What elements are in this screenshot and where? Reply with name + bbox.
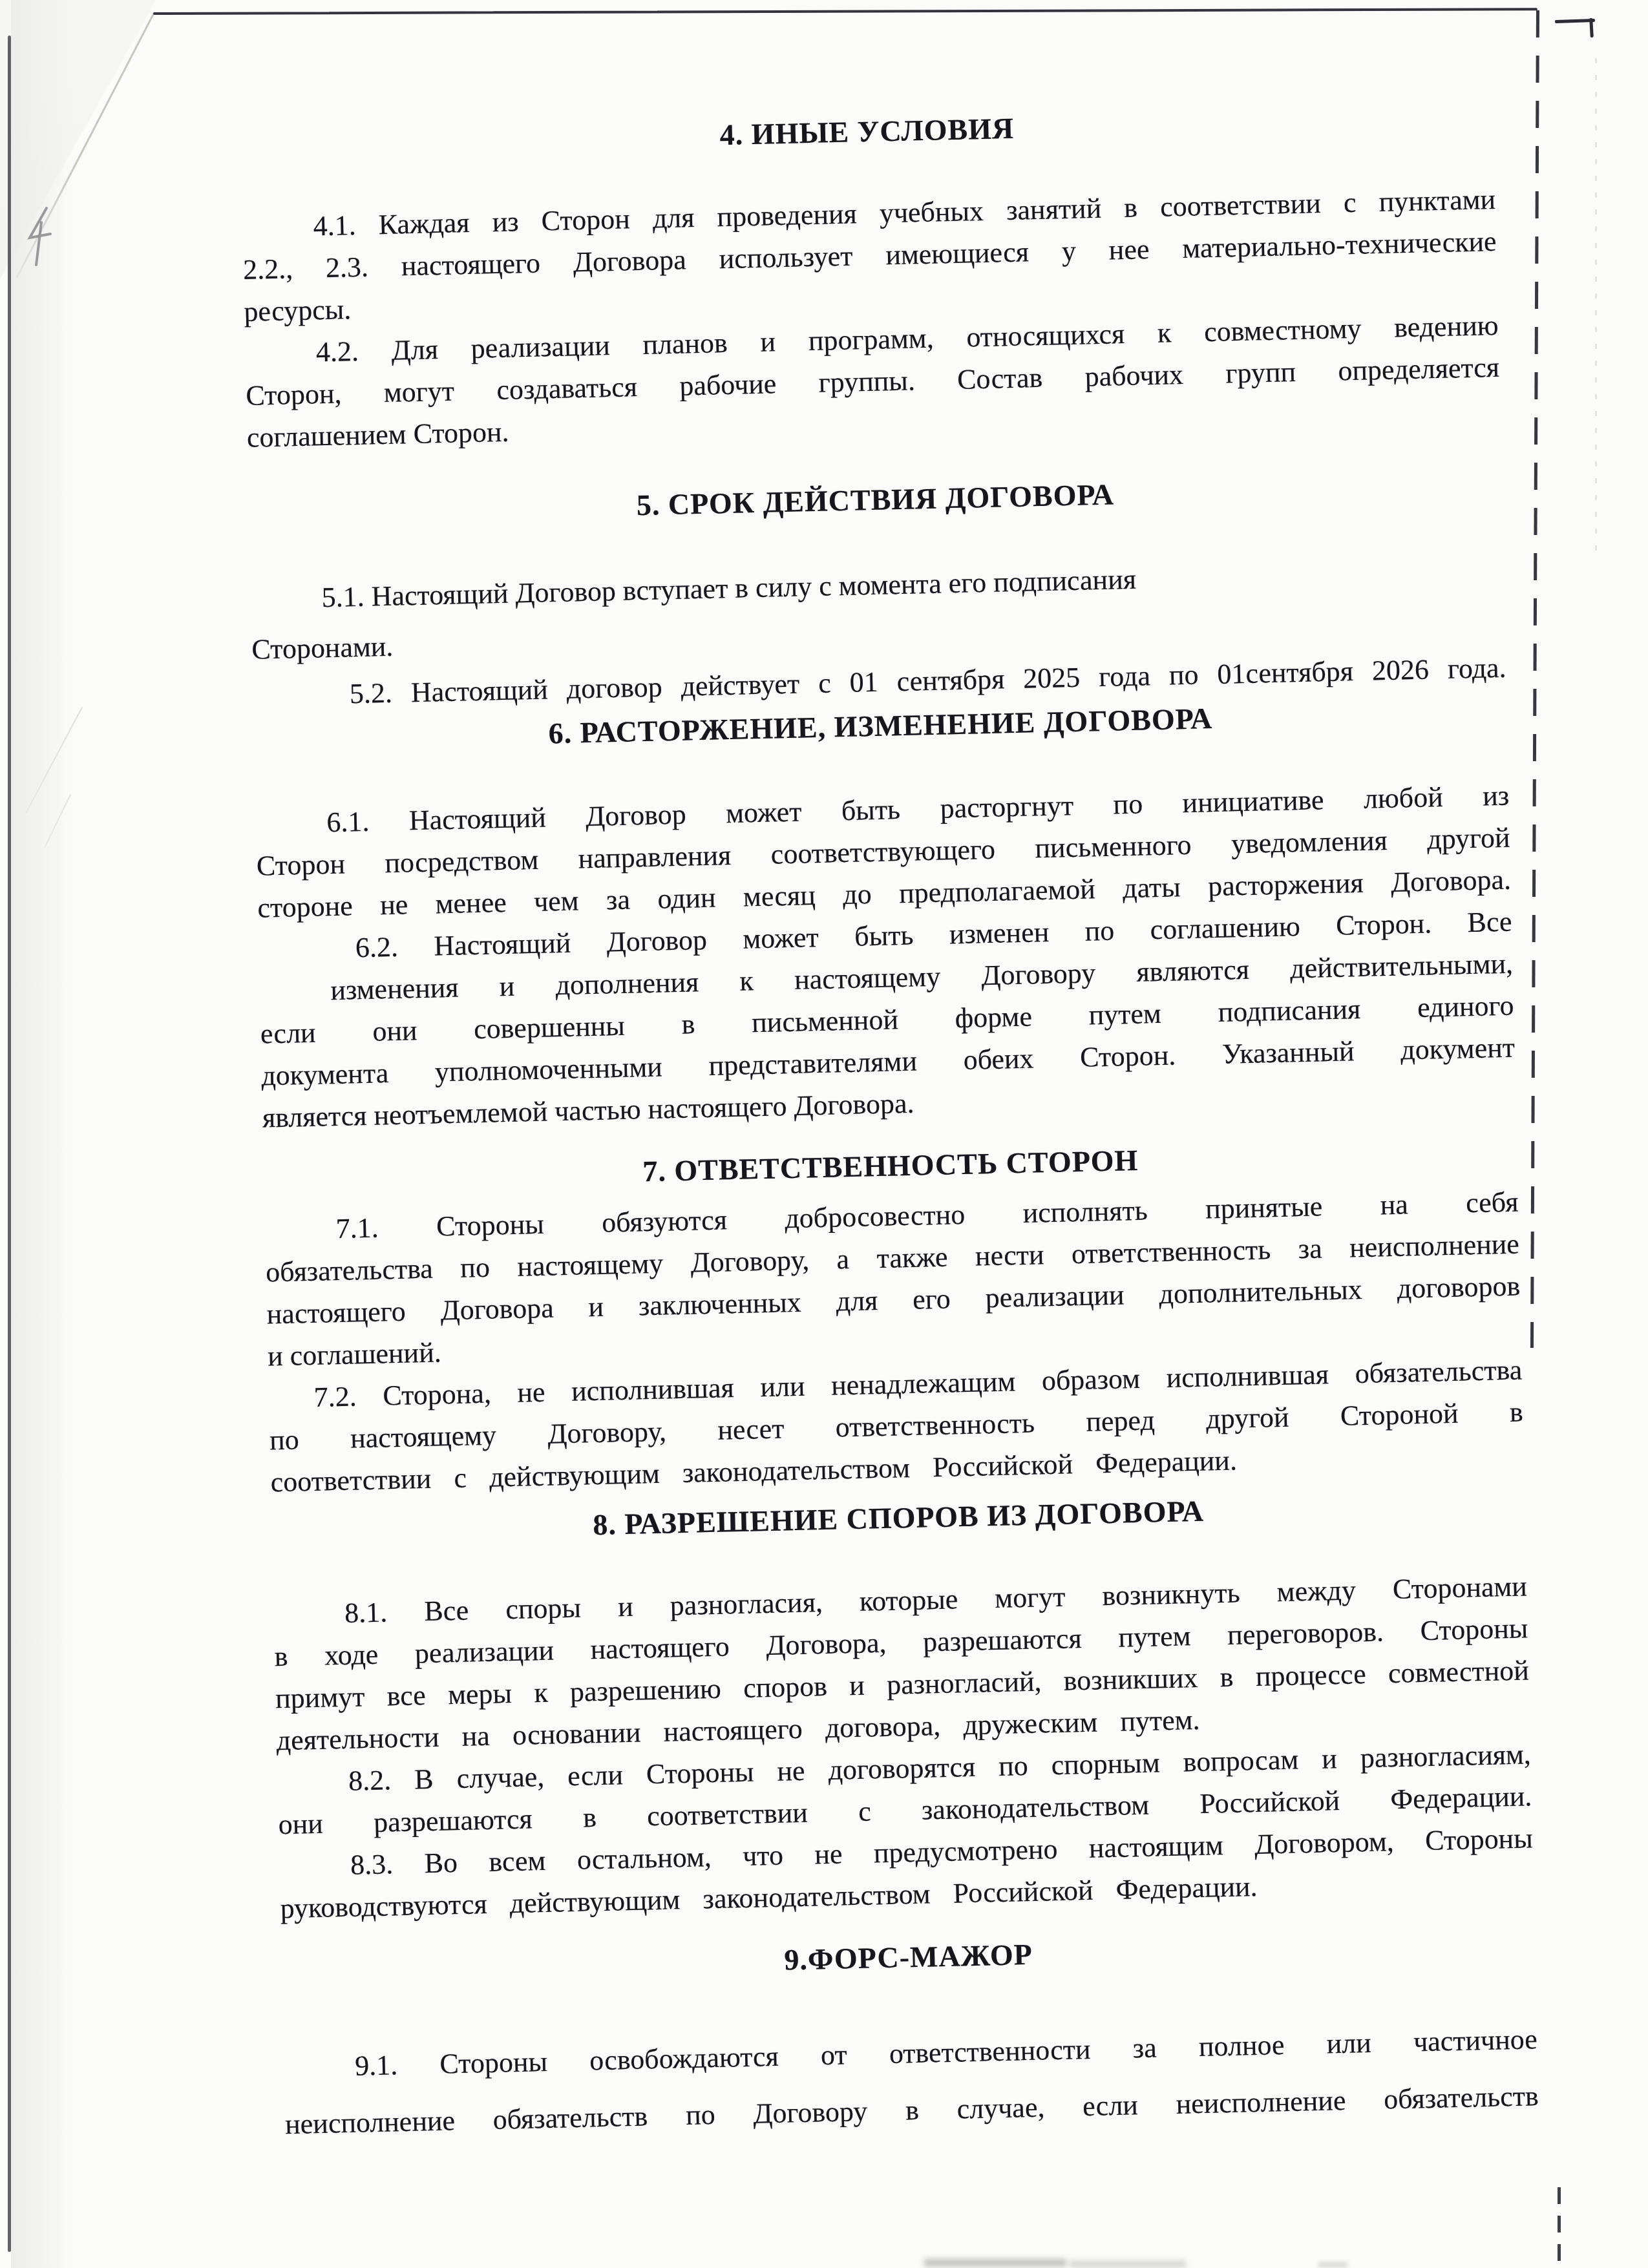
paragraph-8-1: 8.1. Все споры и разногласия, которые мо… [273, 1565, 1530, 1761]
pencil-squiggle-mark [25, 205, 63, 270]
left-page-edge-shadow [11, 0, 76, 2268]
paragraph-9-1: 9.1. Стороны освобождаются от ответствен… [283, 2011, 1539, 2153]
left-scan-edge-line [8, 36, 11, 2252]
bottom-edge-smudge [1070, 2261, 1186, 2267]
scanned-page: 4. ИНЫЕ УСЛОВИЯ 4.1. Каждая из Сторон дл… [0, 0, 1648, 2268]
section-heading-5: 5. СРОК ДЕЙСТВИЯ ДОГОВОРА [248, 467, 1503, 533]
right-faint-dotted-line [1595, 58, 1597, 562]
section-heading-9: 9.ФОРС-МАЖОР [281, 1924, 1536, 1990]
bottom-right-dashed-line [1558, 2187, 1561, 2268]
bottom-edge-smudge [924, 2259, 1066, 2267]
top-scan-edge-line [153, 8, 1537, 15]
bottom-edge-smudge [1318, 2262, 1347, 2267]
paragraph-7-1: 7.1. Стороны обязуются добросовестно исп… [264, 1181, 1521, 1378]
section-heading-4: 4. ИНЫЕ УСЛОВИЯ [240, 99, 1494, 165]
paragraph-6-2: 6.2. Настоящий Договор может быть измене… [258, 901, 1516, 1139]
contract-text: 4. ИНЫЕ УСЛОВИЯ 4.1. Каждая из Сторон дл… [239, 68, 1539, 2153]
right-dashed-edge-line [1530, 10, 1539, 1348]
